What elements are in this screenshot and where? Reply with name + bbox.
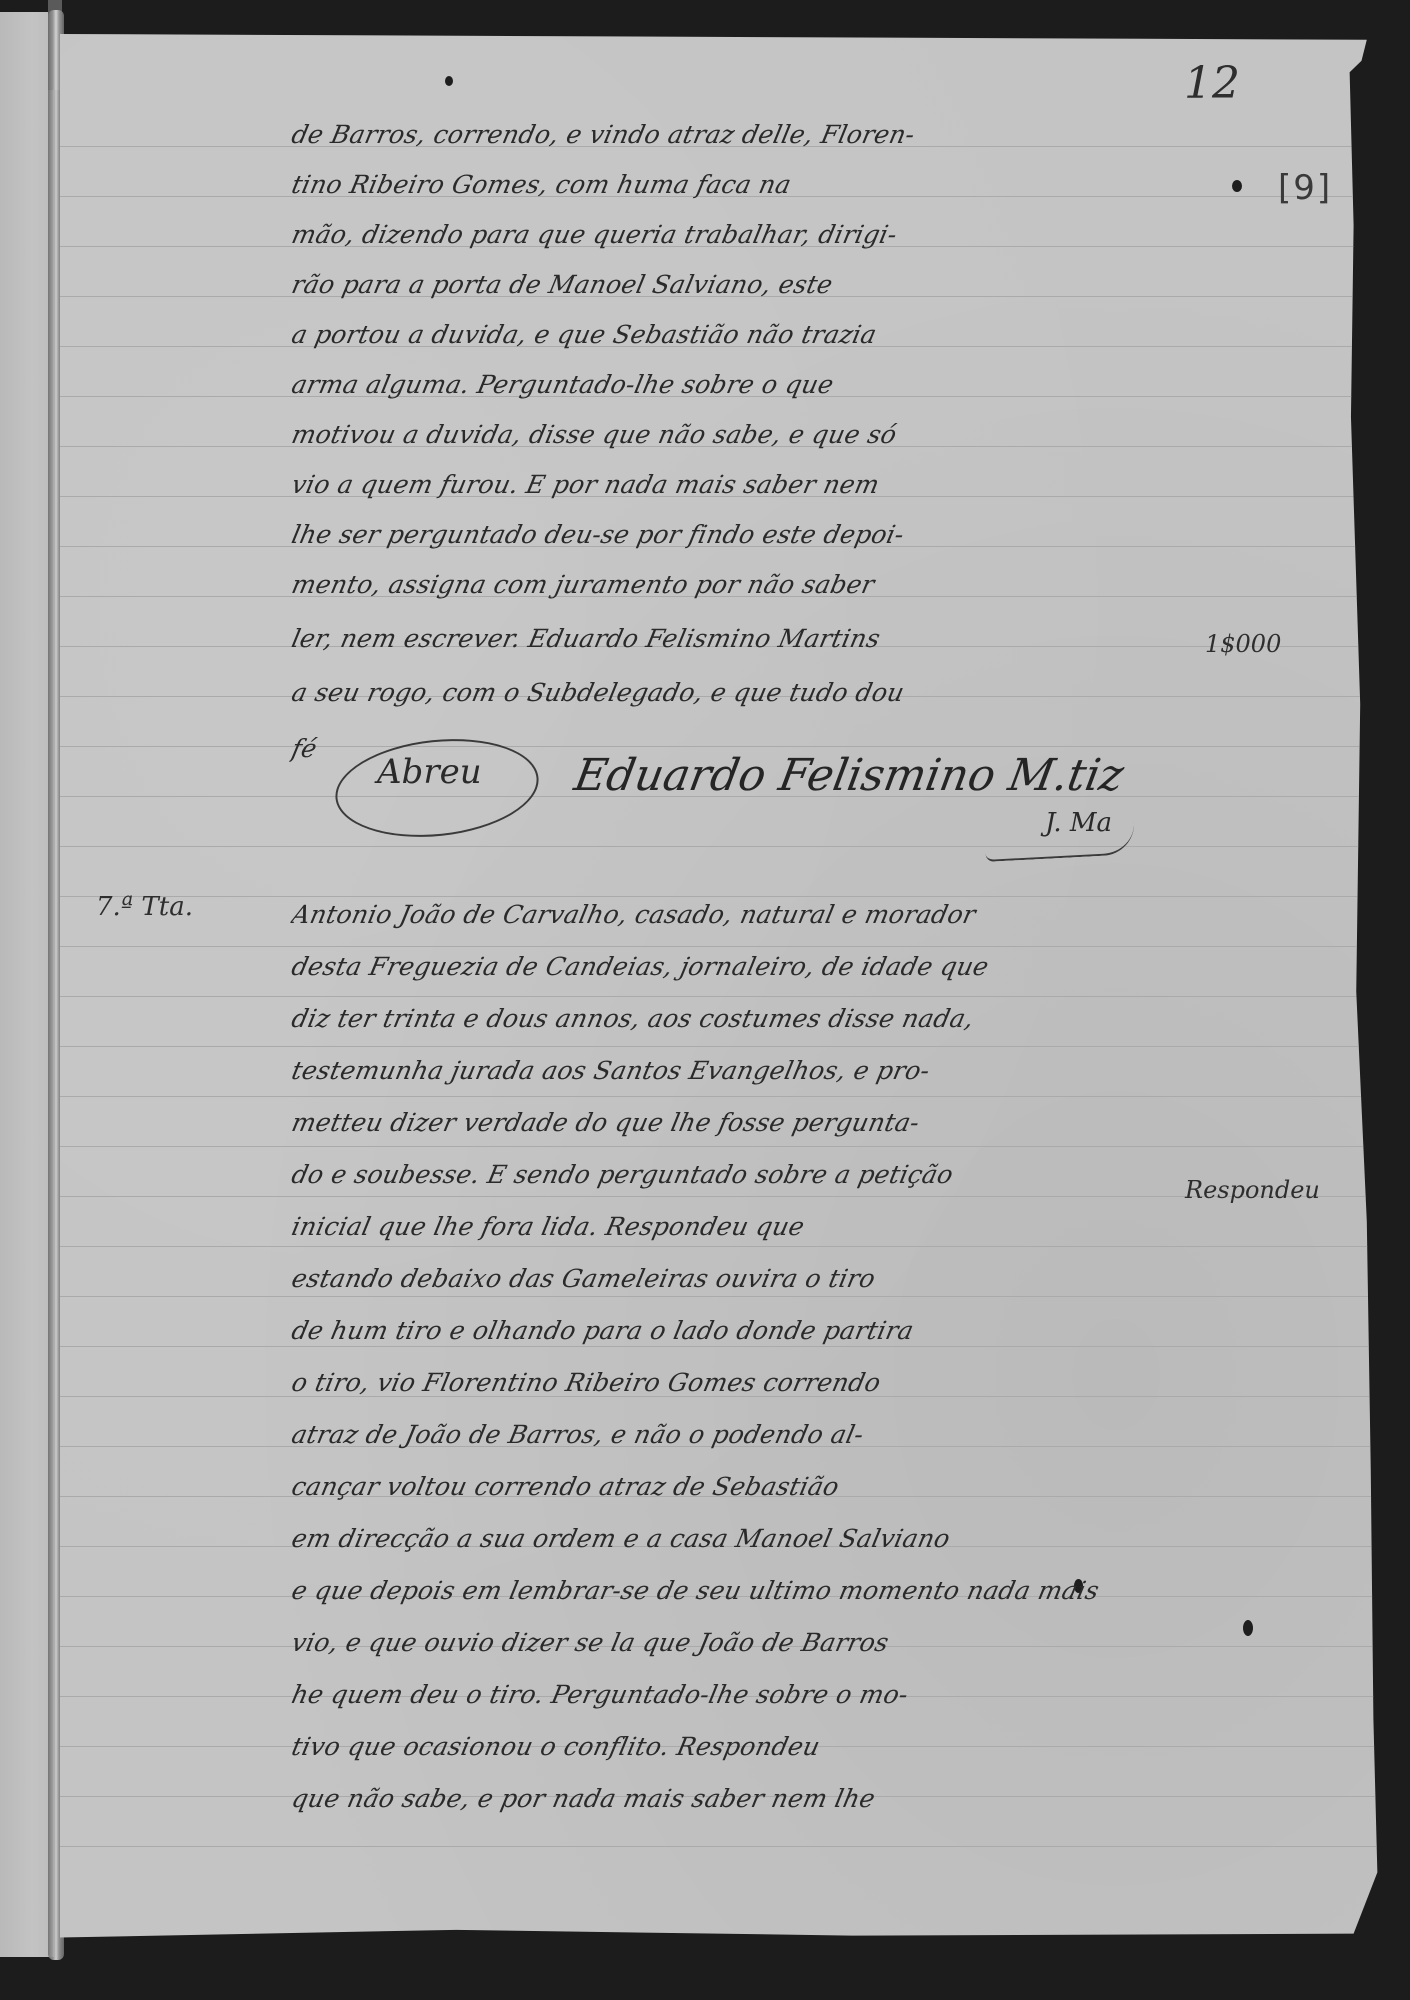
text-line: inicial que lhe fora lida. Respondeu que — [285, 1212, 1255, 1260]
manuscript-page: 12 [9] de Barros, correndo, e vindo atra… — [60, 34, 1380, 1949]
text-line: cançar voltou correndo atraz de Sebastiã… — [285, 1472, 1255, 1520]
text-line: de hum tiro e olhando para o lado donde … — [285, 1316, 1255, 1364]
text-line: metteu dizer verdade do que lhe fosse pe… — [285, 1108, 1255, 1156]
facing-page-edge — [0, 12, 54, 1957]
margin-note-response: Respondeu — [1185, 1176, 1320, 1204]
text-line: he quem deu o tiro. Perguntado-lhe sobre… — [285, 1680, 1255, 1728]
text-line: Antonio João de Carvalho, casado, natura… — [285, 900, 1255, 948]
text-line: em direcção a sua ordem e a casa Manoel … — [285, 1524, 1255, 1572]
text-line: do e soubesse. E sendo perguntado sobre … — [285, 1160, 1255, 1208]
text-line: atraz de João de Barros, e não o podendo… — [285, 1420, 1255, 1468]
text-line: o tiro, vio Florentino Ribeiro Gomes cor… — [285, 1368, 1255, 1416]
text-line: e que depois em lembrar-se de seu ultimo… — [285, 1576, 1255, 1624]
text-line: testemunha jurada aos Santos Evangelhos,… — [285, 1056, 1255, 1104]
text-line: diz ter trinta e dous annos, aos costume… — [285, 1004, 1255, 1052]
text-line: tivo que ocasionou o conflito. Respondeu — [285, 1732, 1255, 1780]
text-line: vio, e que ouvio dizer se la que João de… — [285, 1628, 1255, 1676]
text-line: desta Freguezia de Candeias, jornaleiro,… — [285, 952, 1255, 1000]
testimony-paragraph-2: Antonio João de Carvalho, casado, natura… — [60, 34, 1380, 1949]
text-line: que não sabe, e por nada mais saber nem … — [285, 1784, 1255, 1832]
text-line: estando debaixo das Gameleiras ouvira o … — [285, 1264, 1255, 1312]
